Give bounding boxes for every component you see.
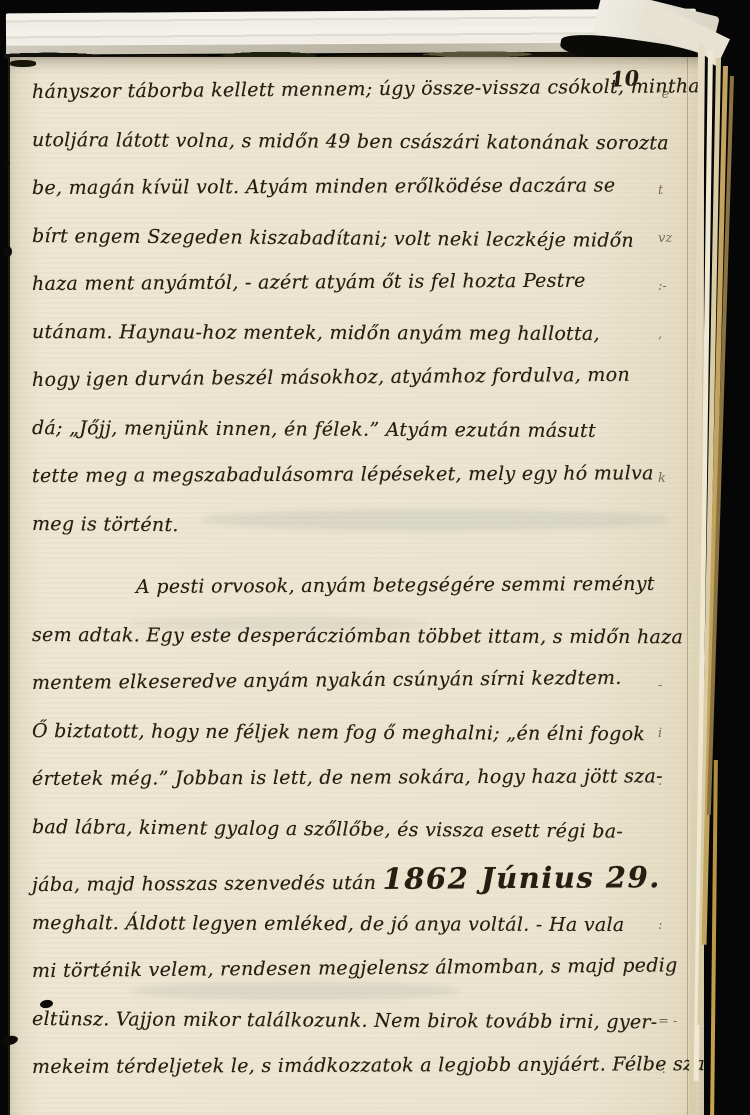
manuscript-line: bad lábra, kiment gyalog a szőllőbe, és … (32, 816, 623, 843)
margin-bleed-mark: - (658, 678, 662, 693)
manuscript-line: hányszor táborba kellett mennem; úgy öss… (32, 75, 700, 103)
manuscript-line: mentem elkeseredve anyám nyakán csúnyán … (32, 667, 622, 694)
margin-bleed-mark: : (658, 918, 662, 933)
margin-bleed-mark: t (658, 183, 663, 198)
manuscript-line: haza ment anyámtól, - azért atyám őt is … (32, 270, 586, 295)
margin-bleed-mark: vz (658, 231, 672, 246)
ink-blob (3, 246, 12, 257)
margin-bleed-mark: = - (658, 1014, 677, 1029)
margin-bleed-mark: :- (658, 279, 667, 294)
margin-bleed-mark: k (658, 471, 666, 486)
ink-speck (4, 160, 10, 166)
scanned-book-page: 10 hányszor táborba kellett mennem; úgy … (0, 0, 750, 1115)
manuscript-line: bírt engem Szegeden kiszabadítani; volt … (32, 225, 634, 252)
manuscript-line: meg is történt. (32, 513, 179, 536)
handwriting-block: hányszor táborba kellett mennem; úgy öss… (32, 81, 692, 1101)
manuscript-line: hogy igen durván beszél másokhoz, atyámh… (32, 364, 630, 391)
manuscript-line: A pesti orvosok, anyám betegségére semmi… (136, 573, 655, 598)
manuscript-line: tette meg a megszabadulásomra lépéseket,… (32, 462, 654, 487)
manuscript-line: utoljára látott volna, s midőn 49 ben cs… (32, 129, 669, 154)
margin-bleed-mark: r. (658, 135, 667, 150)
margin-bleed-mark: . (658, 774, 662, 789)
line-text: jába, majd hosszas szenvedés után (32, 872, 383, 896)
manuscript-line: értetek még.” Jobban is lett, de nem sok… (32, 765, 663, 790)
margin-bleed-mark: 'e (658, 87, 669, 102)
date-emphasis: 1862 Június 29. (383, 860, 661, 896)
manuscript-line: mekeim térdeljetek le, s imádkozzatok a … (32, 1053, 705, 1078)
manuscript-page: 10 hányszor táborba kellett mennem; úgy … (8, 57, 704, 1115)
manuscript-line: dá; „Jőjj, menjünk innen, én félek.” Aty… (32, 417, 596, 442)
manuscript-line: jába, majd hosszas szenvedés után 1862 J… (32, 860, 661, 898)
margin-bleed-mark: , (658, 327, 662, 342)
manuscript-line: sem adtak. Egy este desperácziómban több… (32, 624, 683, 648)
margin-bleed-mark: '. (658, 1062, 666, 1077)
manuscript-line: eltünsz. Vajjon mikor találkozunk. Nem b… (32, 1008, 658, 1033)
manuscript-line: be, magán kívül volt. Atyám minden erőlk… (32, 174, 615, 199)
manuscript-line: utánam. Haynau-hoz mentek, midőn anyám m… (32, 321, 600, 345)
margin-bleed-mark: i (658, 726, 662, 741)
manuscript-line: mi történik velem, rendesen megjelensz á… (32, 954, 678, 982)
ink-smudge (10, 60, 36, 67)
manuscript-line: Ő biztatott, hogy ne féljek nem fog ő me… (32, 720, 645, 745)
page-stack-edges (696, 6, 750, 1115)
manuscript-line: meghalt. Áldott legyen emléked, de jó an… (32, 912, 625, 936)
